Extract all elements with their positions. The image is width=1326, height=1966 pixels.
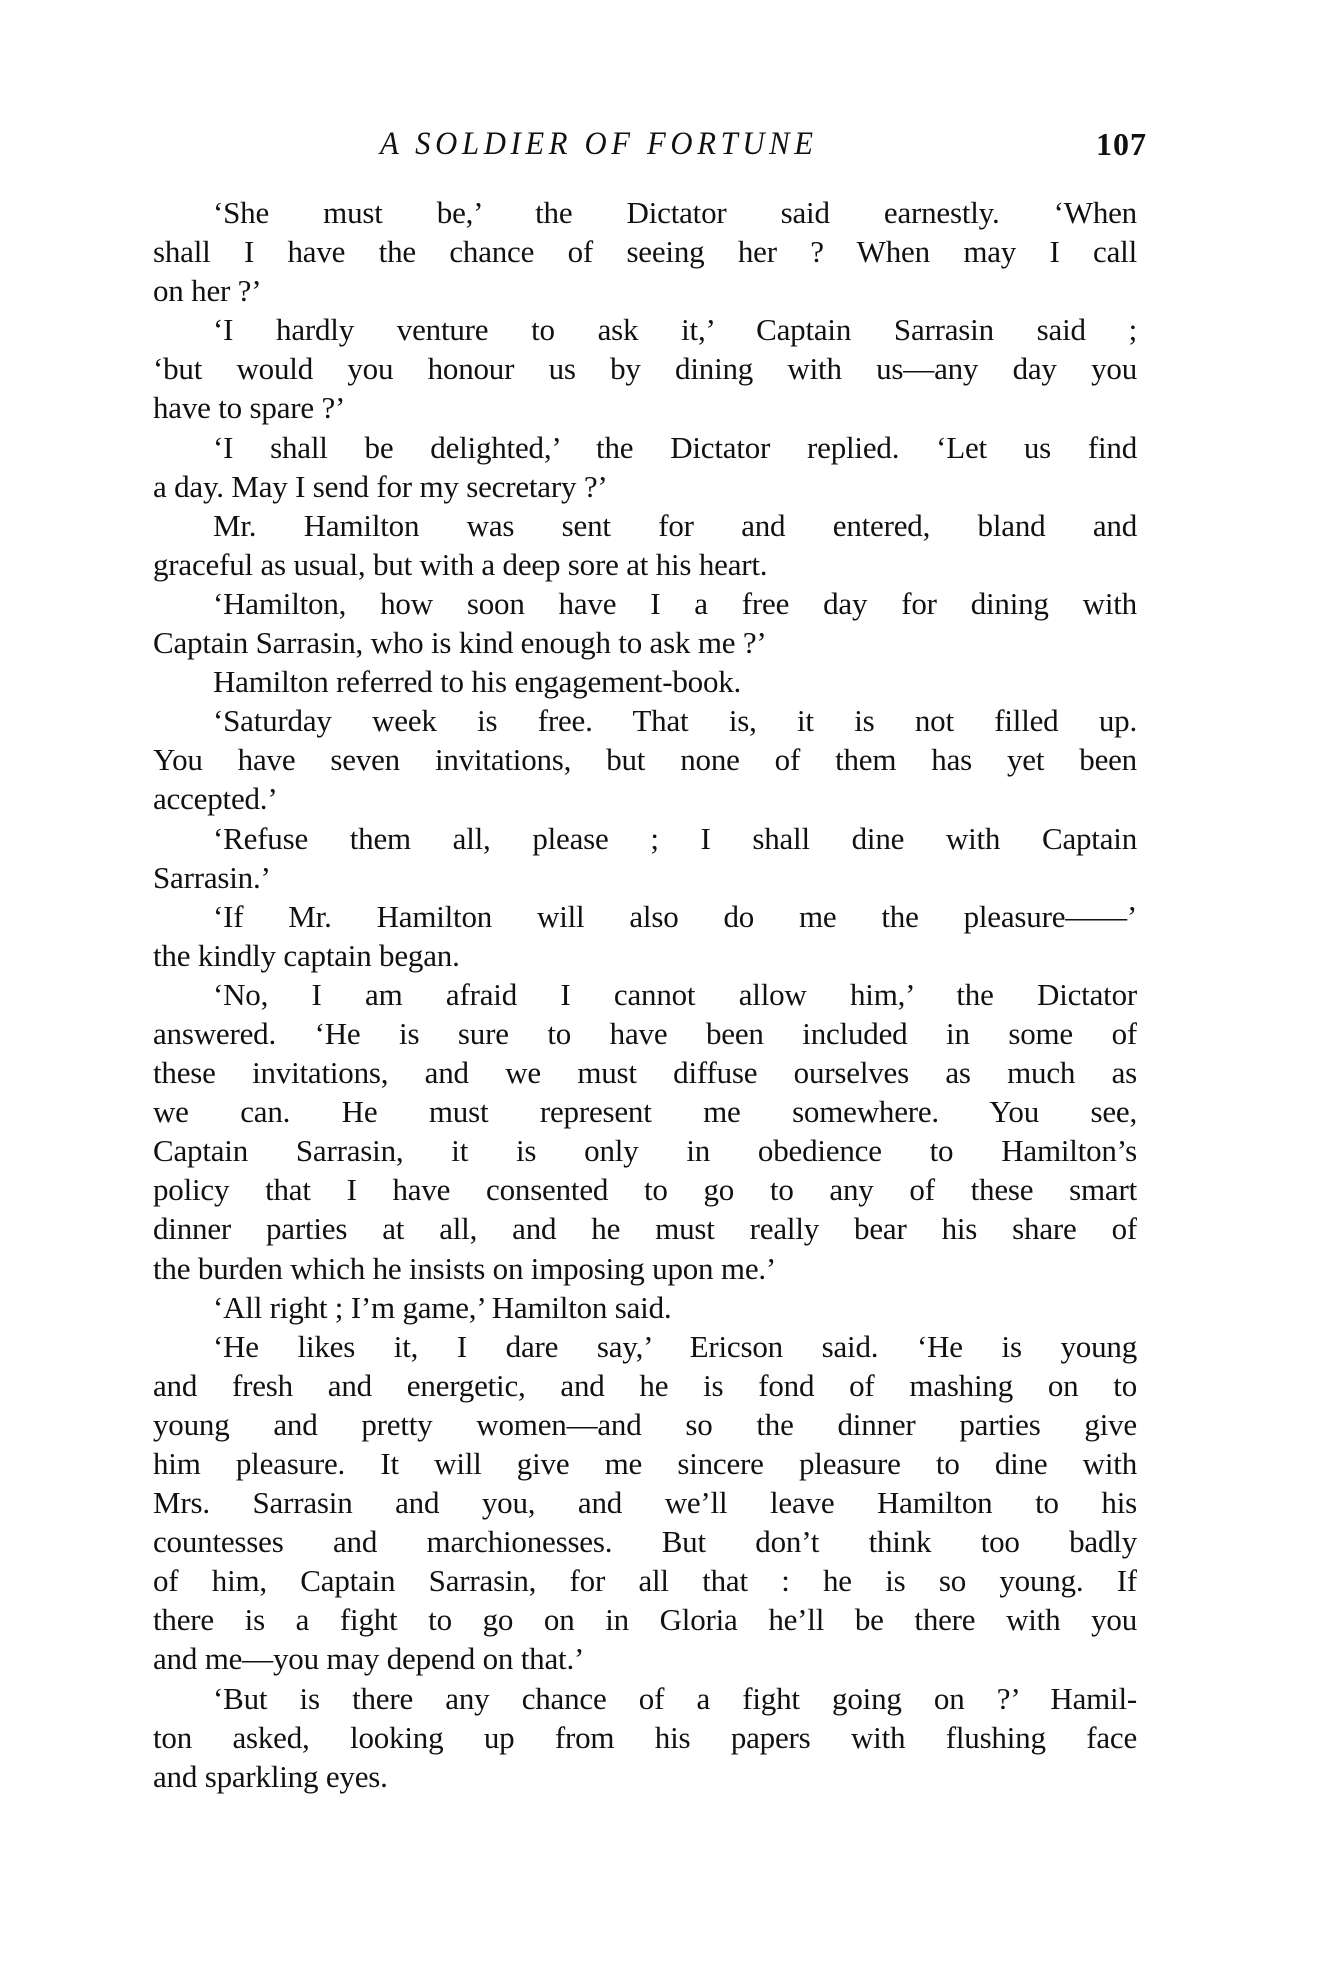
paragraph-first-line: ‘No, I am afraid I cannot allow him,’ th…	[153, 975, 1137, 1014]
text-line: on her ?’	[153, 271, 1137, 310]
text-line: and me—you may depend on that.’	[153, 1639, 1137, 1678]
paragraph-first-line: ‘Refuse them all, please ; I shall dine …	[153, 819, 1137, 858]
text-line: these invitations, and we must diffuse o…	[153, 1053, 1137, 1092]
paragraph-first-line: ‘All right ; I’m game,’ Hamilton said.	[153, 1288, 1137, 1327]
text-line: ton asked, looking up from his papers wi…	[153, 1718, 1137, 1757]
text-line: graceful as usual, but with a deep sore …	[153, 545, 1137, 584]
text-line: Captain Sarrasin, it is only in obedienc…	[153, 1131, 1137, 1170]
text-line: shall I have the chance of seeing her ? …	[153, 232, 1137, 271]
text-line: and sparkling eyes.	[153, 1757, 1137, 1796]
text-line: we can. He must represent me somewhere. …	[153, 1092, 1137, 1131]
paragraph-first-line: ‘But is there any chance of a fight goin…	[153, 1679, 1137, 1718]
text-line: young and pretty women—and so the dinner…	[153, 1405, 1137, 1444]
text-line: answered. ‘He is sure to have been inclu…	[153, 1014, 1137, 1053]
text-line: Captain Sarrasin, who is kind enough to …	[153, 623, 1137, 662]
paragraph-first-line: ‘Saturday week is free. That is, it is n…	[153, 701, 1137, 740]
running-title: A SOLDIER OF FORTUNE	[380, 124, 818, 164]
paragraph-first-line: ‘Hamilton, how soon have I a free day fo…	[153, 584, 1137, 623]
text-line: accepted.’	[153, 779, 1137, 818]
paragraph-first-line: Mr. Hamilton was sent for and entered, b…	[153, 506, 1137, 545]
text-line: have to spare ?’	[153, 388, 1137, 427]
paragraph-first-line: ‘He likes it, I dare say,’ Ericson said.…	[153, 1327, 1137, 1366]
text-line: ‘but would you honour us by dining with …	[153, 349, 1137, 388]
text-line: of him, Captain Sarrasin, for all that :…	[153, 1561, 1137, 1600]
text-line: countesses and marchionesses. But don’t …	[153, 1522, 1137, 1561]
running-head: A SOLDIER OF FORTUNE 107	[380, 124, 1140, 164]
text-line: there is a fight to go on in Gloria he’l…	[153, 1600, 1137, 1639]
text-line: the burden which he insists on imposing …	[153, 1249, 1137, 1288]
paragraph-first-line: ‘I hardly venture to ask it,’ Captain Sa…	[153, 310, 1137, 349]
text-line: policy that I have consented to go to an…	[153, 1170, 1137, 1209]
paragraph-first-line: ‘I shall be delighted,’ the Dictator rep…	[153, 428, 1137, 467]
book-page: A SOLDIER OF FORTUNE 107 ‘She must be,’ …	[0, 0, 1326, 1966]
body-text: ‘She must be,’ the Dictator said earnest…	[153, 193, 1137, 1796]
text-line: a day. May I send for my secretary ?’	[153, 467, 1137, 506]
paragraph-first-line: ‘She must be,’ the Dictator said earnest…	[153, 193, 1137, 232]
paragraph-first-line: ‘If Mr. Hamilton will also do me the ple…	[153, 897, 1137, 936]
text-line: the kindly captain began.	[153, 936, 1137, 975]
text-line: and fresh and energetic, and he is fond …	[153, 1366, 1137, 1405]
text-line: Mrs. Sarrasin and you, and we’ll leave H…	[153, 1483, 1137, 1522]
paragraph-first-line: Hamilton referred to his engagement-book…	[153, 662, 1137, 701]
text-line: Sarrasin.’	[153, 858, 1137, 897]
page-number: 107	[1096, 124, 1147, 164]
text-line: him pleasure. It will give me sincere pl…	[153, 1444, 1137, 1483]
text-line: You have seven invitations, but none of …	[153, 740, 1137, 779]
text-line: dinner parties at all, and he must reall…	[153, 1209, 1137, 1248]
